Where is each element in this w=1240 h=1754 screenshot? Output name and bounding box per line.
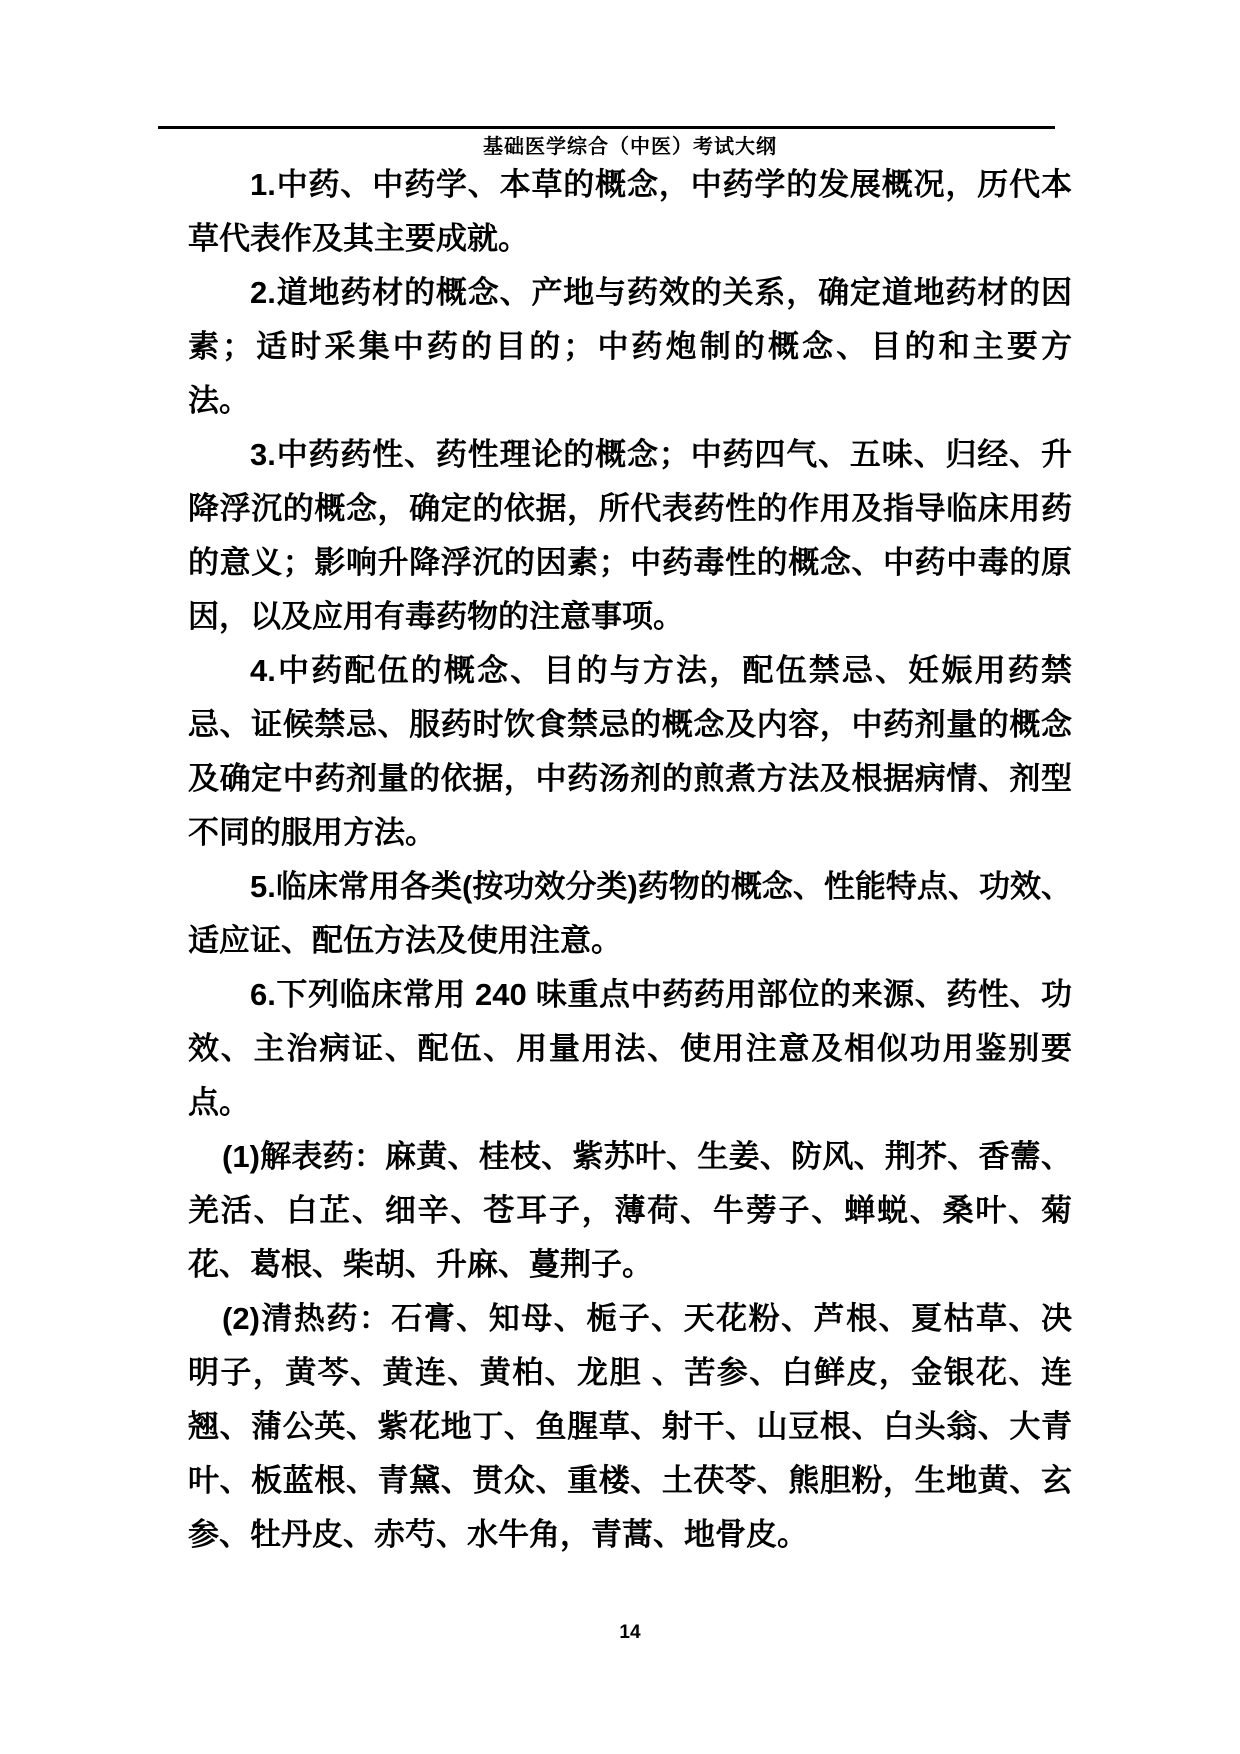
document-page: 基础医学综合（中医）考试大纲 1.中药、中药学、本草的概念，中药学的发展概况，历… <box>0 0 1240 1754</box>
body-line: 法。 <box>188 374 1072 428</box>
body-line: 3.中药药性、药性理论的概念；中药四气、五味、归经、升 <box>188 428 1072 482</box>
body-line: 2.道地药材的概念、产地与药效的关系，确定道地药材的因 <box>188 266 1072 320</box>
body-line: 羌活、白芷、细辛、苍耳子，薄荷、牛蒡子、蝉蜕、桑叶、菊 <box>188 1184 1072 1238</box>
document-body: 1.中药、中药学、本草的概念，中药学的发展概况，历代本 草代表作及其主要成就。 … <box>188 158 1072 1562</box>
body-line: 翘、蒲公英、紫花地丁、鱼腥草、射干、山豆根、白头翁、大青 <box>188 1400 1072 1454</box>
body-line: 不同的服用方法。 <box>188 806 1072 860</box>
body-line: 素；适时采集中药的目的；中药炮制的概念、目的和主要方 <box>188 320 1072 374</box>
body-line: 花、葛根、柴胡、升麻、蔓荆子。 <box>188 1238 1072 1292</box>
body-line: 的意义；影响升降浮沉的因素；中药毒性的概念、中药中毒的原 <box>188 536 1072 590</box>
page-header-title: 基础医学综合（中医）考试大纲 <box>188 130 1072 159</box>
body-line: 及确定中药剂量的依据，中药汤剂的煎煮方法及根据病情、剂型 <box>188 752 1072 806</box>
body-line: 4.中药配伍的概念、目的与方法，配伍禁忌、妊娠用药禁 <box>188 644 1072 698</box>
body-line: 适应证、配伍方法及使用注意。 <box>188 914 1072 968</box>
body-line: 因，以及应用有毒药物的注意事项。 <box>188 590 1072 644</box>
body-line: 降浮沉的概念，确定的依据，所代表药性的作用及指导临床用药 <box>188 482 1072 536</box>
body-line: 5.临床常用各类(按功效分类)药物的概念、性能特点、功效、 <box>188 860 1072 914</box>
body-line: 效、主治病证、配伍、用量用法、使用注意及相似功用鉴别要 <box>188 1022 1072 1076</box>
header-divider <box>158 126 1055 129</box>
body-line: 草代表作及其主要成就。 <box>188 212 1072 266</box>
body-line: 参、牡丹皮、赤芍、水牛角，青蒿、地骨皮。 <box>188 1508 1072 1562</box>
body-line: 1.中药、中药学、本草的概念，中药学的发展概况，历代本 <box>188 158 1072 212</box>
body-line: (2)清热药：石膏、知母、栀子、天花粉、芦根、夏枯草、决 <box>188 1292 1072 1346</box>
body-line: 点。 <box>188 1076 1072 1130</box>
body-line: 忌、证候禁忌、服药时饮食禁忌的概念及内容，中药剂量的概念 <box>188 698 1072 752</box>
body-line: 明子，黄芩、黄连、黄柏、龙胆 、苦参、白鲜皮，金银花、连 <box>188 1346 1072 1400</box>
page-number: 14 <box>188 1622 1072 1644</box>
body-line: 叶、板蓝根、青黛、贯众、重楼、土茯苓、熊胆粉，生地黄、玄 <box>188 1454 1072 1508</box>
body-line: 6.下列临床常用 240 味重点中药药用部位的来源、药性、功 <box>188 968 1072 1022</box>
body-line: (1)解表药：麻黄、桂枝、紫苏叶、生姜、防风、荆芥、香薷、 <box>188 1130 1072 1184</box>
